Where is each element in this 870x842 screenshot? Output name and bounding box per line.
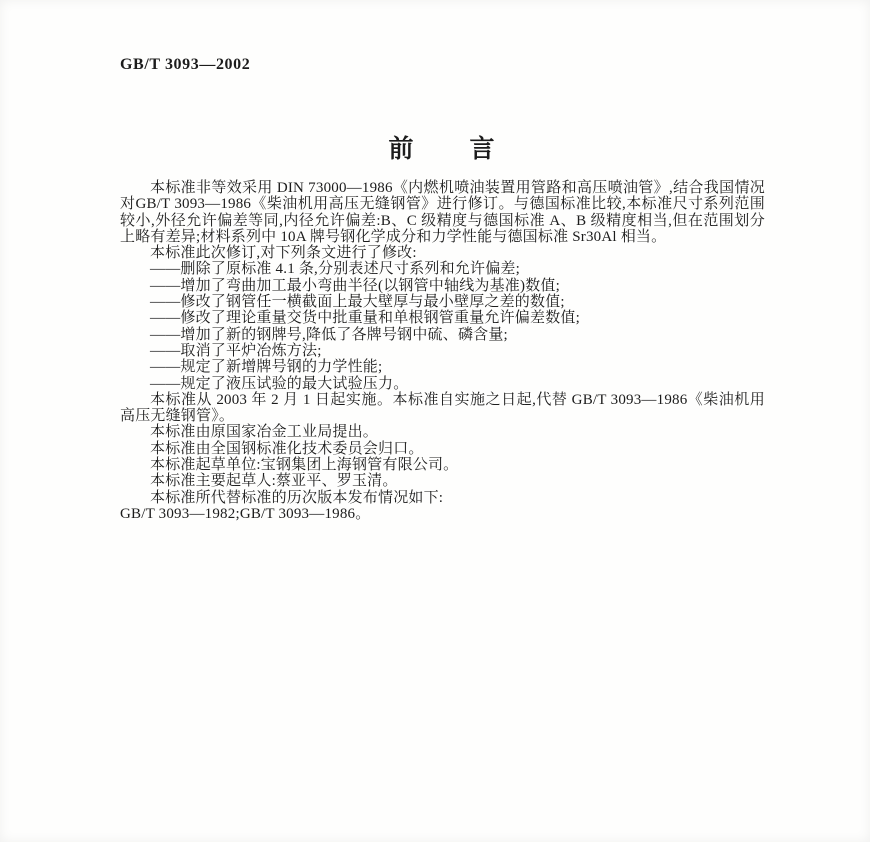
list-item: ——规定了新增牌号钢的力学性能;	[120, 359, 765, 375]
paragraph: 本标准从 2003 年 2 月 1 日起实施。本标准自实施之日起,代替 GB/T…	[120, 392, 765, 425]
foreword-body: 本标准非等效采用 DIN 73000—1986《内燃机喷油装置用管路和高压喷油管…	[120, 180, 765, 522]
paragraph: 本标准此次修订,对下列条文进行了修改:	[120, 245, 765, 261]
paragraph: 本标准由全国钢标准化技术委员会归口。	[120, 441, 765, 457]
paragraph: 本标准所代替标准的历次版本发布情况如下:	[120, 490, 765, 506]
list-item: ——规定了液压试验的最大试验压力。	[120, 376, 765, 392]
list-item: ——取消了平炉冶炼方法;	[120, 343, 765, 359]
page-title: 前 言	[120, 129, 765, 165]
list-item: ——增加了弯曲加工最小弯曲半径(以钢管中轴线为基准)数值;	[120, 278, 765, 294]
document-page: GB/T 3093—2002 前 言 本标准非等效采用 DIN 73000—19…	[0, 0, 870, 842]
list-item: ——修改了理论重量交货中批重量和单根钢管重量允许偏差数值;	[120, 310, 765, 326]
paragraph: 本标准起草单位:宝钢集团上海钢管有限公司。	[120, 457, 765, 473]
list-item: ——删除了原标准 4.1 条,分别表述尺寸系列和允许偏差;	[120, 261, 765, 277]
list-item: ——修改了钢管任一横截面上最大壁厚与最小壁厚之差的数值;	[120, 294, 765, 310]
standard-number-header: GB/T 3093—2002	[120, 56, 250, 74]
list-item: ——增加了新的钢牌号,降低了各牌号钢中硫、磷含量;	[120, 327, 765, 343]
paragraph: 本标准由原国家冶金工业局提出。	[120, 424, 765, 440]
paragraph: GB/T 3093—1982;GB/T 3093—1986。	[120, 506, 765, 522]
paragraph: 本标准主要起草人:蔡亚平、罗玉清。	[120, 473, 765, 489]
paragraph: 本标准非等效采用 DIN 73000—1986《内燃机喷油装置用管路和高压喷油管…	[120, 180, 765, 245]
